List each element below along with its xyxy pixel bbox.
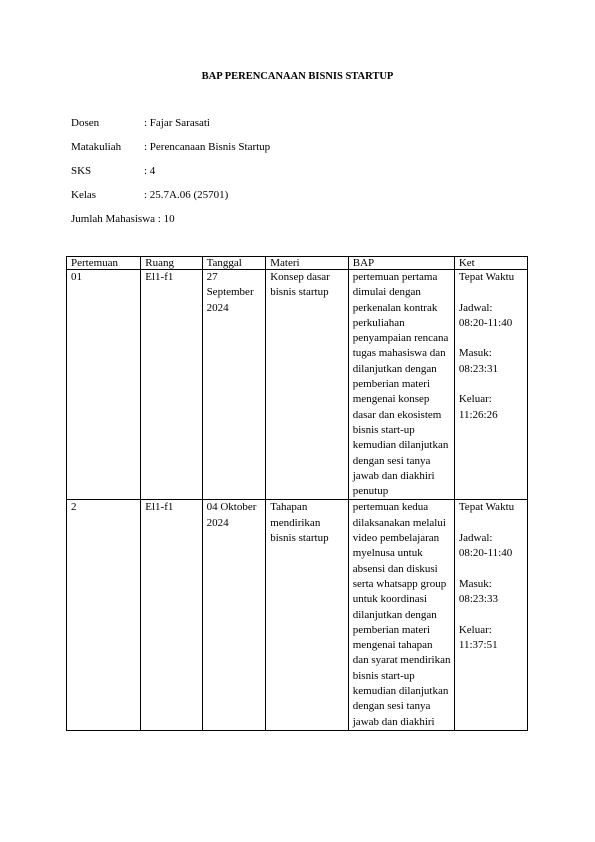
sks-value: : 4: [144, 165, 155, 177]
ket-jadwal: 08:20-11:40: [459, 546, 524, 561]
document-title: BAP PERENCANAAN BISNIS STARTUP: [0, 71, 595, 82]
cell-pertemuan: 01: [67, 270, 141, 500]
cell-ruang: El1-f1: [141, 270, 202, 500]
ket-jadwal-label: Jadwal:: [459, 531, 524, 546]
cell-ruang: El1-f1: [141, 500, 202, 730]
matakuliah-label: Matakuliah: [71, 141, 144, 153]
cell-materi: Tahapan mendirikan bisnis startup: [266, 500, 349, 730]
ket-keluar-label: Keluar:: [459, 392, 524, 407]
header-tanggal: Tanggal: [202, 257, 266, 270]
table-header-row: Pertemuan Ruang Tanggal Materi BAP Ket: [67, 257, 528, 270]
info-dosen: Dosen: Fajar Sarasati: [71, 117, 210, 129]
ket-status: Tepat Waktu: [459, 500, 524, 515]
cell-ket: Tepat Waktu Jadwal: 08:20-11:40 Masuk: 0…: [454, 500, 527, 730]
bap-table: Pertemuan Ruang Tanggal Materi BAP Ket 0…: [66, 256, 528, 731]
header-ruang: Ruang: [141, 257, 202, 270]
ket-status: Tepat Waktu: [459, 270, 524, 285]
info-jumlah-mahasiswa: Jumlah Mahasiswa : 10: [71, 213, 175, 225]
cell-bap: pertemuan kedua dilaksanakan melalui vid…: [348, 500, 454, 730]
ket-jadwal: 08:20-11:40: [459, 316, 524, 331]
cell-bap: pertemuan pertama dimulai dengan perkena…: [348, 270, 454, 500]
kelas-value: : 25.7A.06 (25701): [144, 189, 228, 201]
ket-masuk-label: Masuk:: [459, 346, 524, 361]
cell-materi: Konsep dasar bisnis startup: [266, 270, 349, 500]
header-materi: Materi: [266, 257, 349, 270]
matakuliah-value: : Perencanaan Bisnis Startup: [144, 141, 270, 153]
ket-keluar: 11:37:51: [459, 638, 524, 653]
kelas-label: Kelas: [71, 189, 144, 201]
table-row: 01 El1-f1 27 September 2024 Konsep dasar…: [67, 270, 528, 500]
info-matakuliah: Matakuliah: Perencanaan Bisnis Startup: [71, 141, 270, 153]
cell-pertemuan: 2: [67, 500, 141, 730]
ket-jadwal-label: Jadwal:: [459, 301, 524, 316]
header-pertemuan: Pertemuan: [67, 257, 141, 270]
ket-masuk-label: Masuk:: [459, 577, 524, 592]
ket-keluar: 11:26:26: [459, 408, 524, 423]
table-row: 2 El1-f1 04 Oktober 2024 Tahapan mendiri…: [67, 500, 528, 730]
dosen-value: : Fajar Sarasati: [144, 117, 210, 129]
ket-masuk: 08:23:33: [459, 592, 524, 607]
cell-tanggal: 04 Oktober 2024: [202, 500, 266, 730]
dosen-label: Dosen: [71, 117, 144, 129]
cell-ket: Tepat Waktu Jadwal: 08:20-11:40 Masuk: 0…: [454, 270, 527, 500]
info-kelas: Kelas: 25.7A.06 (25701): [71, 189, 228, 201]
cell-tanggal: 27 September 2024: [202, 270, 266, 500]
sks-label: SKS: [71, 165, 144, 177]
info-sks: SKS: 4: [71, 165, 155, 177]
header-bap: BAP: [348, 257, 454, 270]
header-ket: Ket: [454, 257, 527, 270]
ket-keluar-label: Keluar:: [459, 623, 524, 638]
ket-masuk: 08:23:31: [459, 362, 524, 377]
